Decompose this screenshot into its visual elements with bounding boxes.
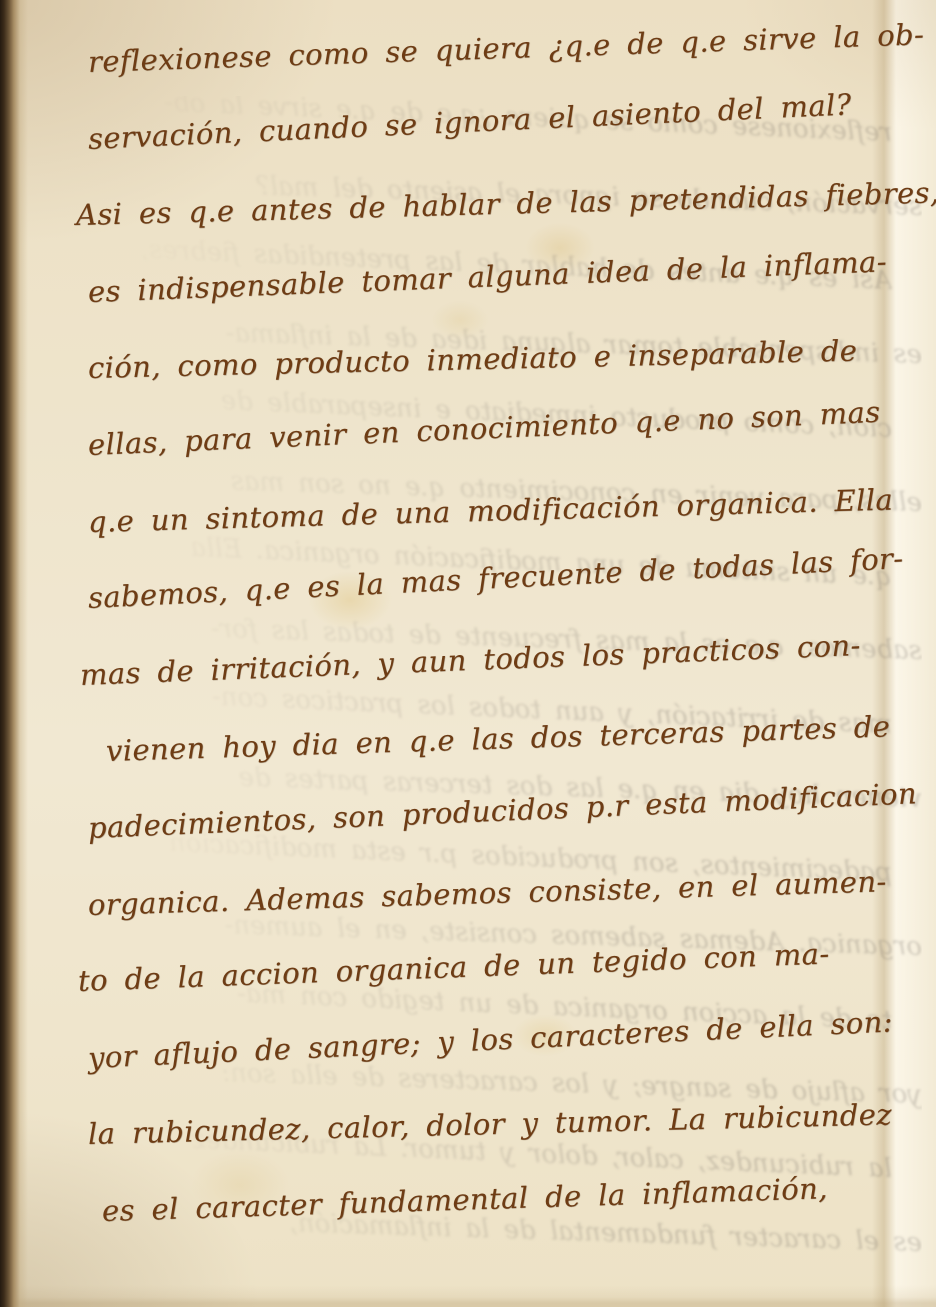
page-corner-curl	[706, 1087, 936, 1307]
manuscript-text: reflexionese como se quiera ¿q.e de q.e …	[88, 24, 888, 1250]
page-binding-edge	[0, 0, 28, 1307]
manuscript-page: reflexionese como se quiera ¿q.e de q.e …	[0, 0, 936, 1307]
